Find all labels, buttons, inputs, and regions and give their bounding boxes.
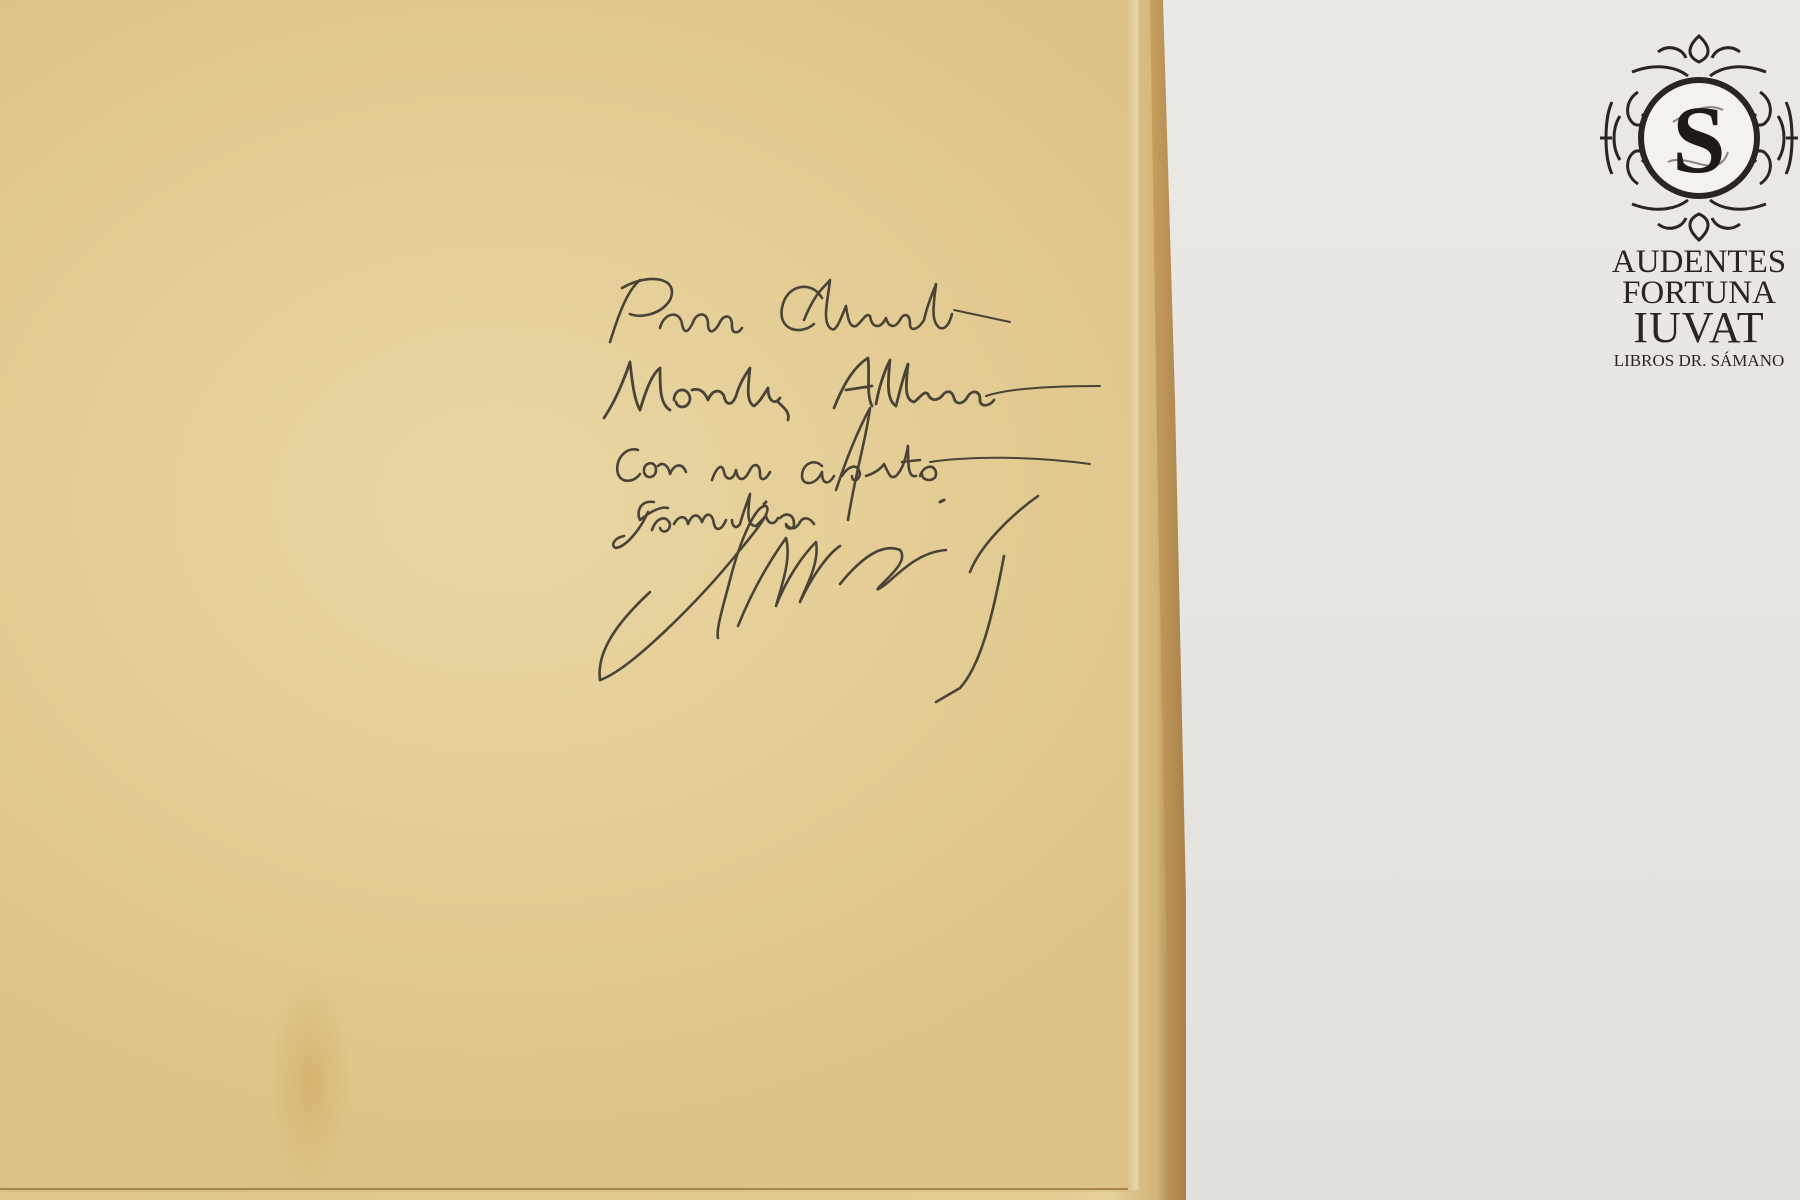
handwriting-strokes-icon <box>590 250 1150 730</box>
logo-motto-line-3: IUVAT <box>1598 306 1800 350</box>
handwritten-dedication: Para Clemente Morales Alessio con un afe… <box>590 250 1150 730</box>
bookseller-logo: S AUDENTES FORTUNA IUVAT LIBROS DR. SÁMA… <box>1598 32 1800 362</box>
ornamental-s-emblem-icon: S <box>1598 32 1800 244</box>
logo-brand-name: LIBROS DR. SÁMANO <box>1598 352 1800 369</box>
emblem-letter: S <box>1672 86 1725 193</box>
